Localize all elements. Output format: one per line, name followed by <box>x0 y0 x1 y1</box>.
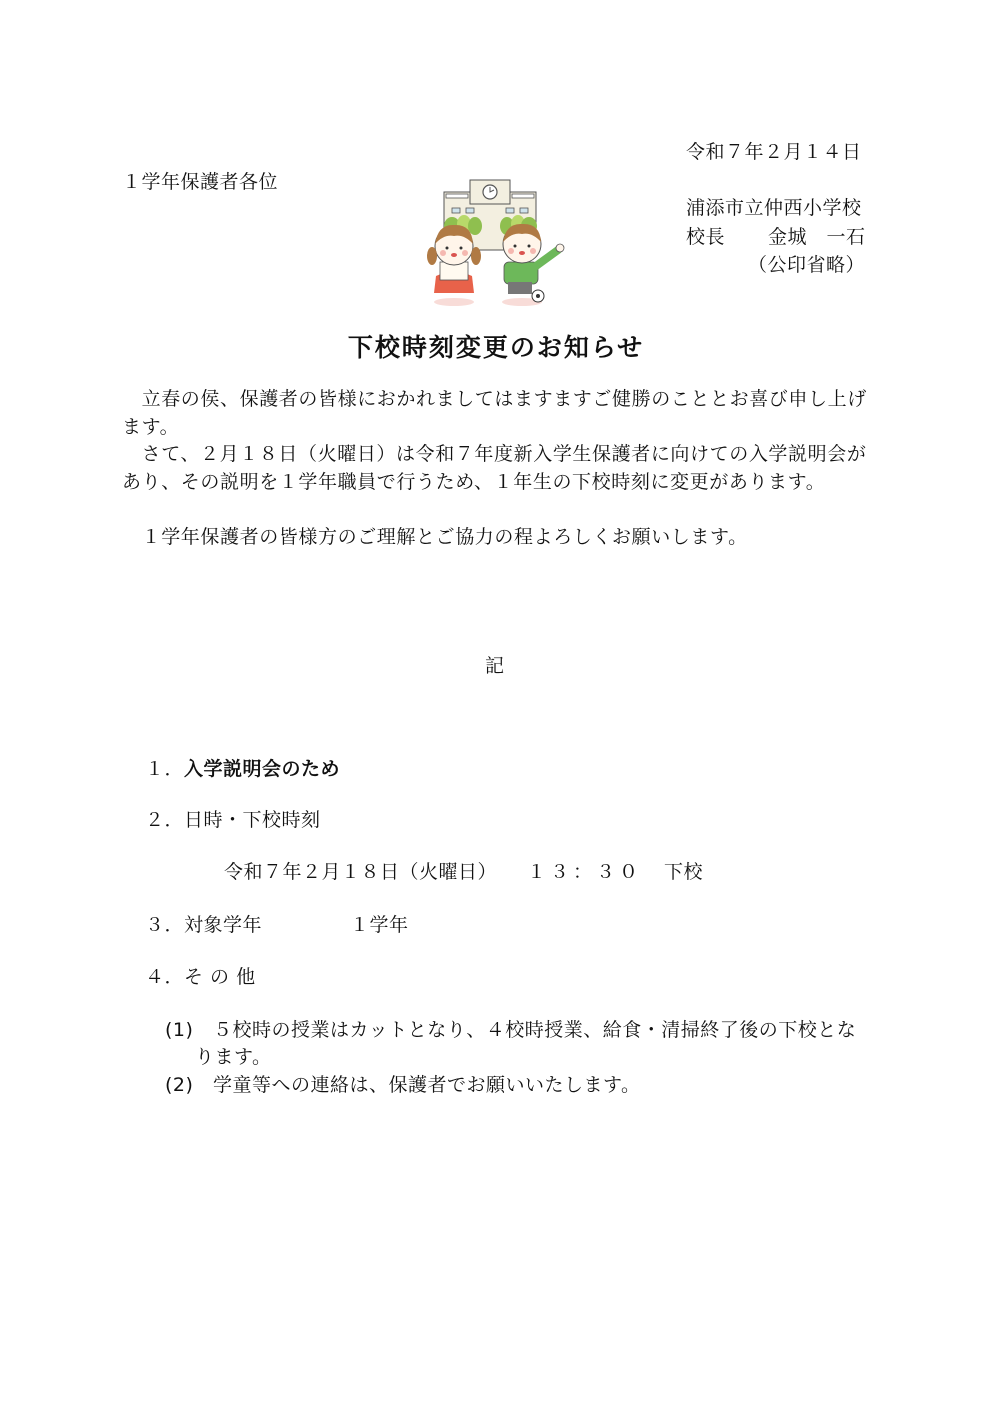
item-4-number: ４． <box>145 966 184 988</box>
dismissal-action: 下校 <box>664 861 703 883</box>
event-date: 令和７年２月１８日（火曜日） <box>224 861 497 883</box>
sender-school: 浦添市立仲西小学校 <box>686 196 862 220</box>
item-2-detail: 令和７年２月１８日（火曜日）１３：３０下校 <box>224 860 703 884</box>
item-4: ４．そ の 他 <box>145 965 256 989</box>
sender-title: 校長 <box>686 225 725 249</box>
note-2-marker: (2) <box>165 1073 193 1097</box>
addressee: １学年保護者各位 <box>122 170 278 194</box>
school-children-illustration <box>412 178 572 306</box>
item-2: ２．日時・下校時刻 <box>145 808 321 832</box>
item-2-label: 日時・下校時刻 <box>184 809 321 831</box>
note-2-text: 学童等への連絡は、保護者でお願いいたします。 <box>213 1073 640 1097</box>
item-3-number: ３． <box>145 914 184 936</box>
ki-heading: 記 <box>485 654 505 678</box>
item-3: ３．対象学年 <box>145 913 262 937</box>
reason-paragraph: さて、２月１８日（火曜日）は令和７年度新入学生保護者に向けての入学説明会があり、… <box>122 441 872 496</box>
item-2-number: ２． <box>145 809 184 831</box>
item-3-label: 対象学年 <box>184 914 262 936</box>
item-1: １．入学説明会のため <box>145 757 340 781</box>
request-paragraph: １学年保護者の皆様方のご理解とご協力の程よろしくお願いします。 <box>122 524 872 552</box>
item-4-label: そ の 他 <box>184 966 256 988</box>
note-1-text: ５校時の授業はカットとなり、４校時授業、給食・清掃終了後の下校となります。 <box>195 1017 875 1071</box>
greeting-paragraph: 立春の侯、保護者の皆様におかれましてはますますご健勝のこととお喜び申し上げます。 <box>122 386 872 441</box>
target-grade: １学年 <box>350 913 409 937</box>
page-title: 下校時刻変更のお知らせ <box>0 328 992 364</box>
seal-note: （公印省略） <box>748 253 865 277</box>
sender-name: 金城 一石 <box>768 225 866 249</box>
item-1-label: 入学説明会のため <box>184 758 340 780</box>
item-1-number: １． <box>145 758 184 780</box>
note-1-marker: (1) <box>165 1018 193 1042</box>
dismissal-time: １３：３０ <box>527 861 642 883</box>
document-date: 令和７年２月１４日 <box>686 140 862 164</box>
